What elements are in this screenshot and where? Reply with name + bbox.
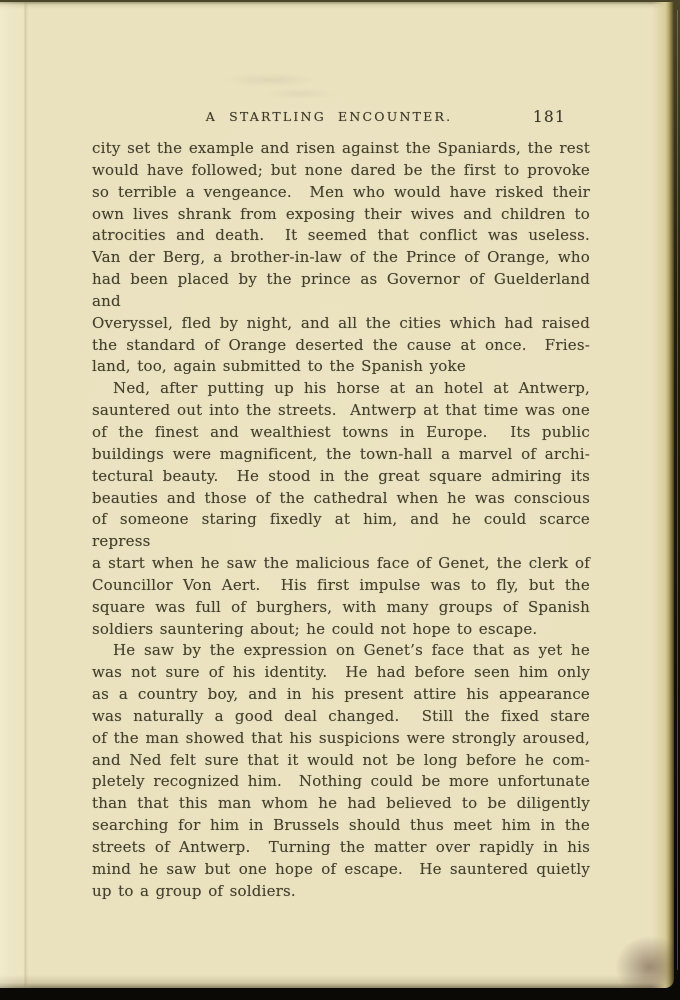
text-line: so terrible a vengeance. Men who would h… xyxy=(92,182,590,204)
text-line: the standard of Orange deserted the caus… xyxy=(92,335,590,357)
text-line: of the man showed that his suspicions we… xyxy=(92,728,590,750)
text-line: of someone staring fixedly at him, and h… xyxy=(92,509,590,553)
page-header: A STARTLING ENCOUNTER. 181 xyxy=(92,103,590,126)
text-line: land, too, again submitted to the Spanis… xyxy=(92,356,590,378)
text-line: than that this man whom he had believed … xyxy=(92,793,590,815)
text-line: buildings were magnificent, the town-hal… xyxy=(92,444,590,466)
text-line: city set the example and risen against t… xyxy=(92,138,590,160)
text-line: Ned, after putting up his horse at an ho… xyxy=(92,378,590,400)
paragraph: Ned, after putting up his horse at an ho… xyxy=(92,378,590,640)
text-line: soldiers sauntering about; he could not … xyxy=(92,619,590,641)
text-line: searching for him in Brussels should thu… xyxy=(92,815,590,837)
text-line: was naturally a good deal changed. Still… xyxy=(92,706,590,728)
book-page: A STARTLING ENCOUNTER. 181 city set the … xyxy=(0,2,674,988)
text-line: sauntered out into the streets. Antwerp … xyxy=(92,400,590,422)
text-line: beauties and those of the cathedral when… xyxy=(92,488,590,510)
text-line: square was full of burghers, with many g… xyxy=(92,597,590,619)
text-line: He saw by the expression on Genet’s face… xyxy=(92,640,590,662)
page-text: city set the example and risen against t… xyxy=(92,138,590,903)
text-line: Councillor Von Aert. His first impulse w… xyxy=(92,575,590,597)
page-number: 181 xyxy=(533,108,566,126)
text-line: streets of Antwerp. Turning the matter o… xyxy=(92,837,590,859)
paragraph: He saw by the expression on Genet’s face… xyxy=(92,640,590,902)
text-line: and Ned felt sure that it would not be l… xyxy=(92,750,590,772)
text-line: own lives shrank from exposing their wiv… xyxy=(92,204,590,226)
text-line: a start when he saw the malicious face o… xyxy=(92,553,590,575)
text-line: tectural beauty. He stood in the great s… xyxy=(92,466,590,488)
text-line: up to a group of soldiers. xyxy=(92,881,590,903)
paragraph: city set the example and risen against t… xyxy=(92,138,590,378)
text-line: of the finest and wealthiest towns in Eu… xyxy=(92,422,590,444)
text-line: Overyssel, fled by night, and all the ci… xyxy=(92,313,590,335)
text-line: atrocities and death. It seemed that con… xyxy=(92,225,590,247)
text-line: would have followed; but none dared be t… xyxy=(92,160,590,182)
text-line: pletely recognized him. Nothing could be… xyxy=(92,771,590,793)
text-line: had been placed by the prince as Governo… xyxy=(92,269,590,313)
text-line: mind he saw but one hope of escape. He s… xyxy=(92,859,590,881)
text-line: Van der Berg, a brother-in-law of the Pr… xyxy=(92,247,590,269)
running-title: A STARTLING ENCOUNTER. xyxy=(206,109,453,124)
scanned-book-page: A STARTLING ENCOUNTER. 181 city set the … xyxy=(0,0,680,1000)
text-line: as a country boy, and in his present att… xyxy=(92,684,590,706)
text-line: was not sure of his identity. He had bef… xyxy=(92,662,590,684)
